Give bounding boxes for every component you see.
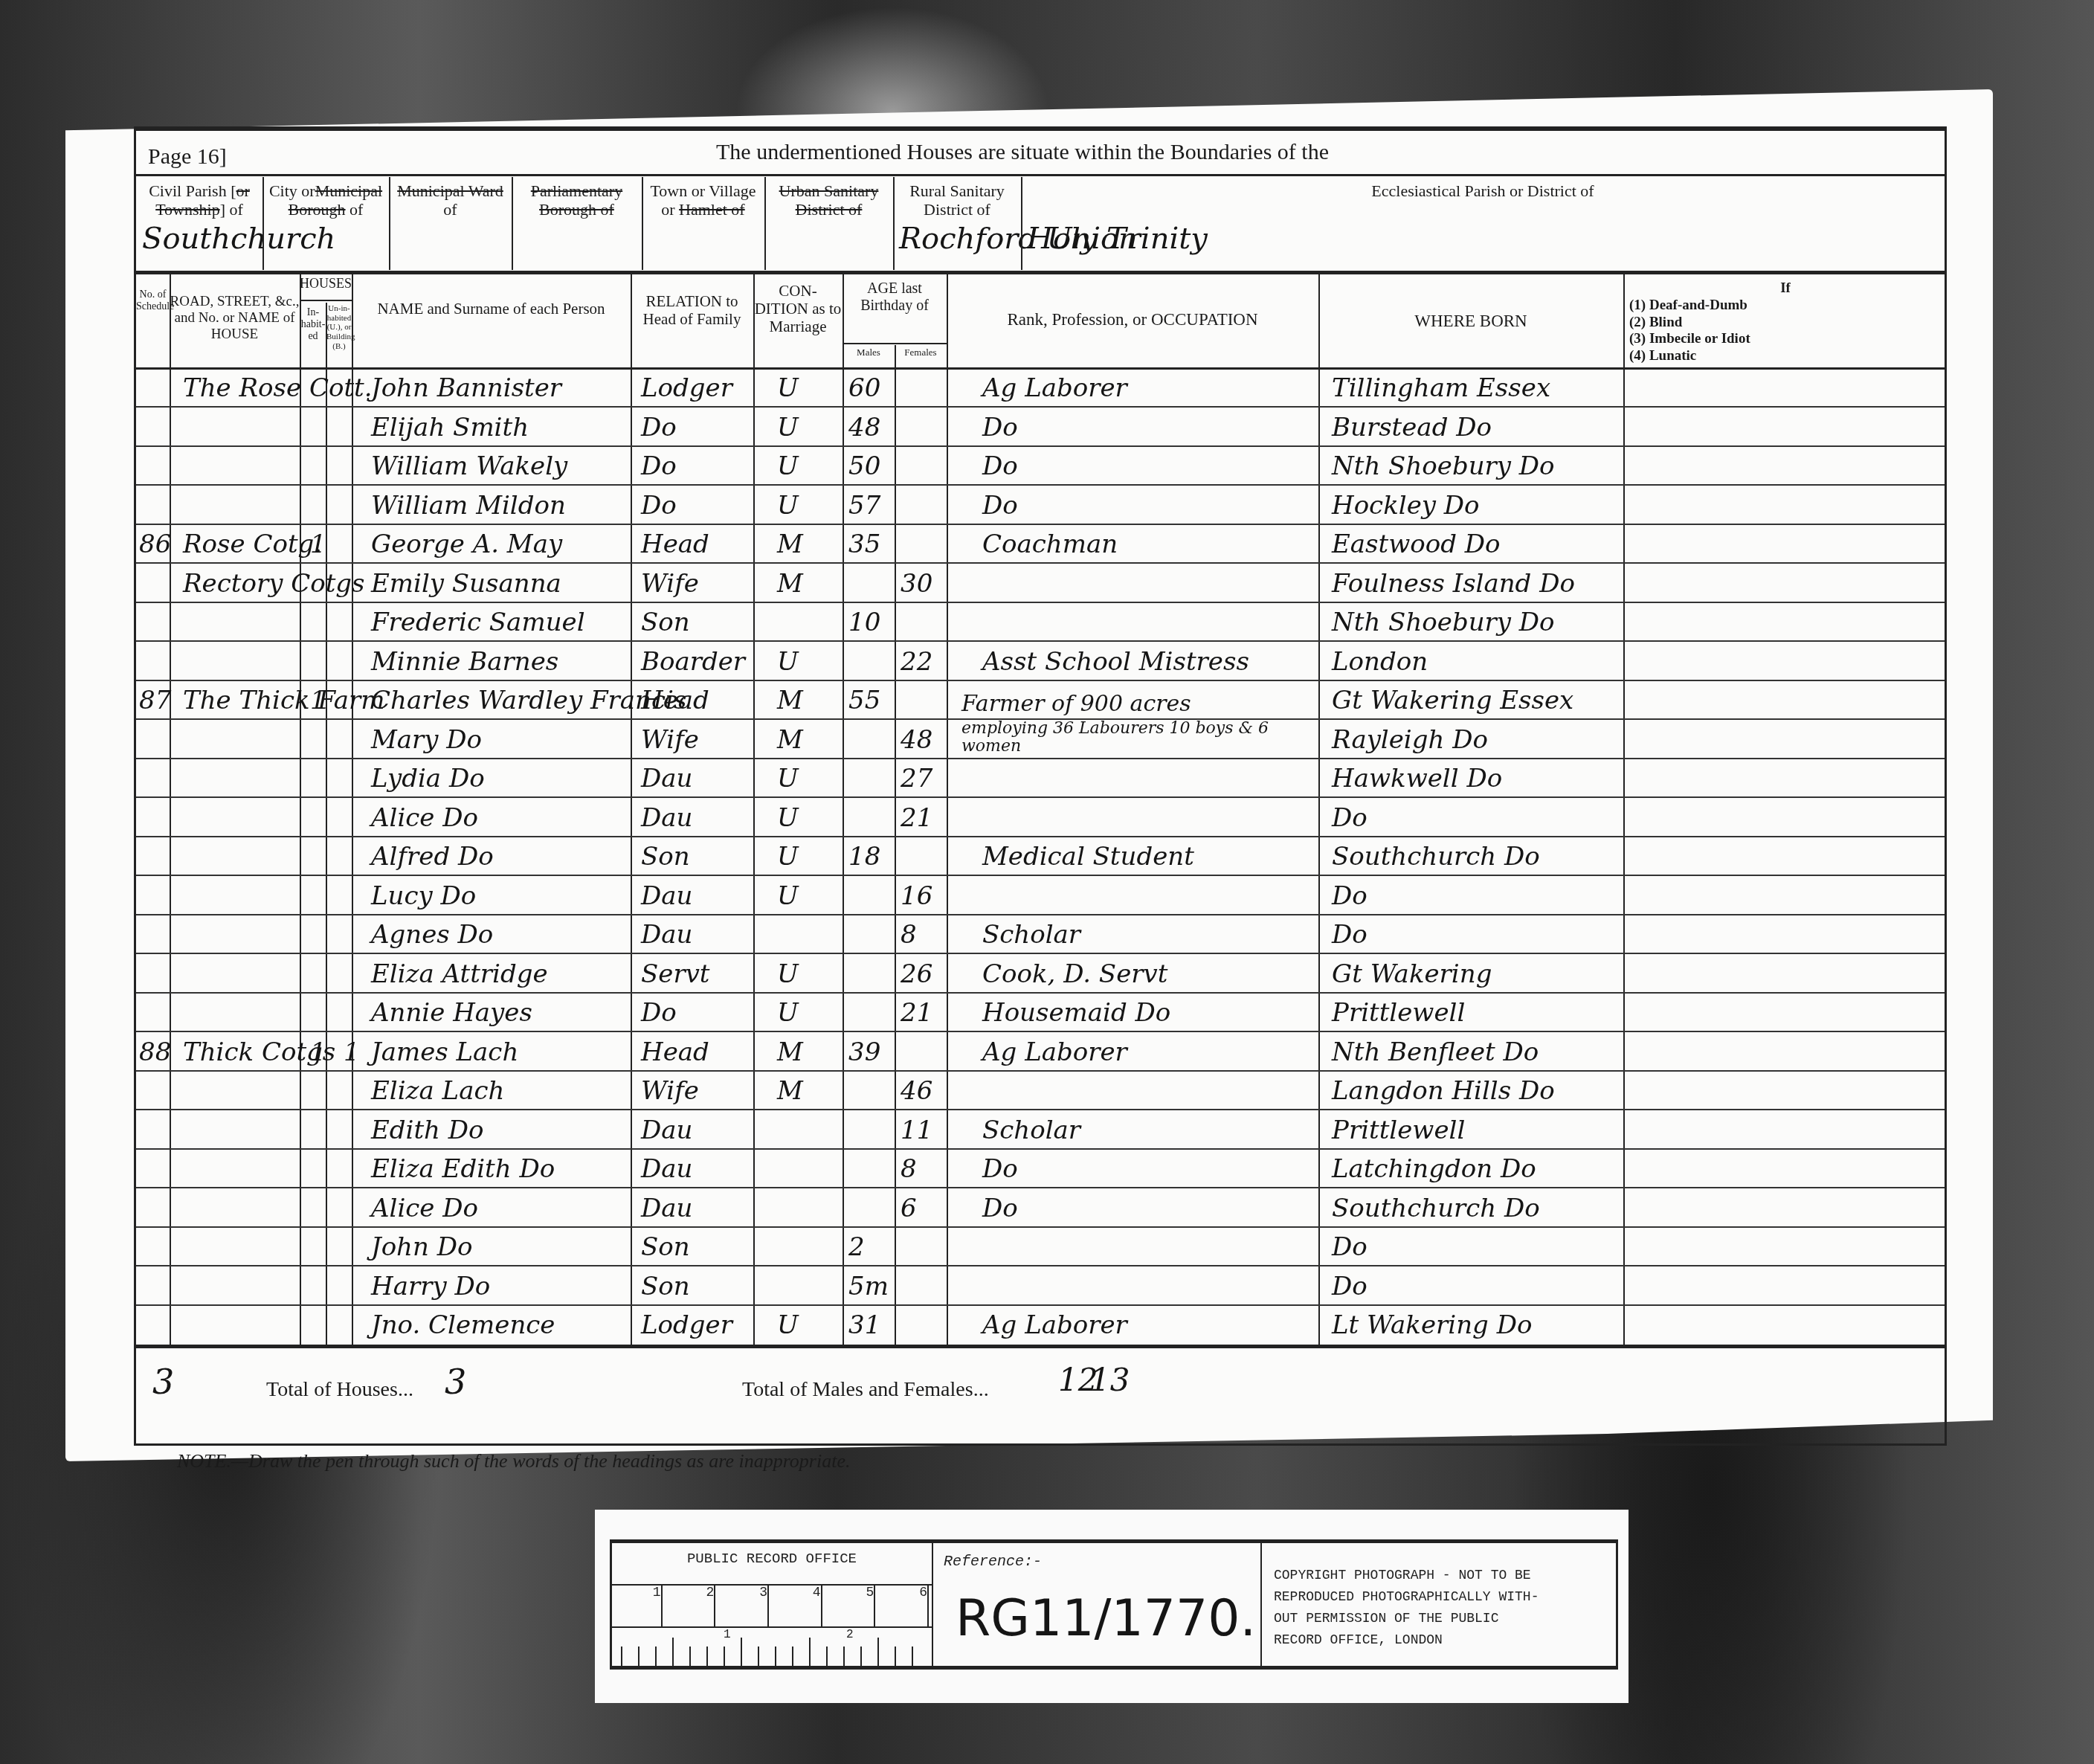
cell-condition: M bbox=[777, 529, 803, 559]
table-row: Annie HayesDoU21Housemaid DoPrittlewell bbox=[136, 994, 1945, 1032]
place-field: Town or Village or Hamlet of bbox=[642, 177, 764, 270]
page-label: Page 16] bbox=[148, 144, 227, 170]
cell-relation: Son bbox=[641, 1232, 690, 1262]
cell-where-born: Prittlewell bbox=[1332, 1116, 1465, 1145]
census-form: Page 16] The undermentioned Houses are s… bbox=[134, 126, 1947, 1446]
cell-relation: Dau bbox=[641, 803, 692, 833]
copyright-line: RECORD OFFICE, LONDON bbox=[1274, 1630, 1601, 1652]
header-uninhabited: Un-in-habited (U.), or Building (B.) bbox=[326, 304, 352, 351]
divider bbox=[512, 177, 513, 270]
ruler-tick bbox=[724, 1646, 725, 1666]
cell-males: 18 bbox=[848, 842, 880, 872]
ruler-number: 2 bbox=[666, 1586, 716, 1626]
ruler-tick bbox=[895, 1646, 896, 1666]
cell-name: Harry Do bbox=[371, 1272, 490, 1301]
label-part: Parliamentary Borough of bbox=[531, 181, 622, 219]
cell-road: The Rose Cott. bbox=[183, 373, 373, 403]
cell-where-born: Nth Benfleet Do bbox=[1332, 1037, 1539, 1067]
cell-occupation: Scholar bbox=[982, 920, 1080, 950]
place-label: Urban Sanitary District of bbox=[767, 181, 890, 219]
cell-relation: Lodger bbox=[641, 373, 732, 403]
table-row: Eliza LachWifeM46Langdon Hills Do bbox=[136, 1072, 1945, 1110]
cell-condition: U bbox=[777, 959, 799, 989]
table-row: 88Thick Cotgs 11James LachHeadM39Ag Labo… bbox=[136, 1032, 1945, 1071]
cell-relation: Do bbox=[641, 491, 677, 521]
cell-schedule: 86 bbox=[139, 529, 171, 559]
table-row: William MildonDoU57DoHockley Do bbox=[136, 486, 1945, 524]
cell-occupation: Asst School Mistress bbox=[982, 647, 1249, 677]
ruler-tick bbox=[689, 1646, 691, 1666]
ruler-number: 4 bbox=[772, 1586, 822, 1626]
cell-where-born: Lt Wakering Do bbox=[1332, 1310, 1532, 1340]
label-part: Ecclesiastical Parish or District of bbox=[1371, 181, 1594, 200]
table-row: Lydia DoDauU27Hawkwell Do bbox=[136, 759, 1945, 798]
cell-inhabited: 1 bbox=[310, 686, 326, 715]
header-relation: RELATION to Head of Family bbox=[631, 292, 753, 328]
cell-name: Alice Do bbox=[371, 803, 478, 833]
cell-name: Mary Do bbox=[371, 725, 482, 755]
cell-males: 39 bbox=[848, 1037, 880, 1067]
cell-name: Minnie Barnes bbox=[371, 647, 558, 677]
cell-name: Annie Hayes bbox=[371, 998, 532, 1028]
cell-where-born: Eastwood Do bbox=[1332, 529, 1501, 559]
cell-name: Edith Do bbox=[371, 1116, 484, 1145]
header-males: Males bbox=[843, 347, 895, 358]
cell-condition: M bbox=[777, 725, 803, 755]
cell-males: 5m bbox=[848, 1272, 889, 1301]
table-row: 87The Thick Farm1Charles Wardley Francis… bbox=[136, 681, 1945, 720]
cell-relation: Dau bbox=[641, 1194, 692, 1223]
ruler-tick bbox=[655, 1646, 657, 1666]
infirmity-line: (3) Imbecile or Idiot bbox=[1629, 331, 1942, 348]
cell-males: 57 bbox=[848, 491, 880, 521]
total-schedules: 3 bbox=[152, 1362, 174, 1402]
cell-occupation: Do bbox=[982, 491, 1018, 521]
footnote: NOTE.—Draw the pen through such of the w… bbox=[177, 1450, 850, 1472]
cell-where-born: Tillingham Essex bbox=[1332, 373, 1550, 403]
table-row: John DoSon2Do bbox=[136, 1228, 1945, 1266]
copyright-line: REPRODUCED PHOTOGRAPHICALLY WITH- bbox=[1274, 1587, 1601, 1609]
cell-condition: U bbox=[777, 413, 799, 442]
cell-where-born: Rayleigh Do bbox=[1332, 725, 1488, 755]
cell-where-born: Do bbox=[1332, 1272, 1367, 1301]
cell-occupation: Do bbox=[982, 413, 1018, 442]
table-row: Lucy DoDauU16Do bbox=[136, 876, 1945, 915]
ruler-tick bbox=[621, 1646, 622, 1666]
cell-relation: Do bbox=[641, 451, 677, 481]
cell-where-born: Burstead Do bbox=[1332, 413, 1492, 442]
cell-name: Agnes Do bbox=[371, 920, 493, 950]
cell-name: John Do bbox=[371, 1232, 472, 1262]
cell-relation: Head bbox=[641, 1037, 709, 1067]
cell-name: Alfred Do bbox=[371, 842, 494, 872]
label-part: ] of bbox=[220, 200, 243, 219]
table-row: Eliza AttridgeServtU26Cook, D. ServtGt W… bbox=[136, 954, 1945, 993]
cell-occupation: Scholar bbox=[982, 1116, 1080, 1145]
cell-females: 26 bbox=[901, 959, 932, 989]
place-label: Rural Sanitary District of bbox=[896, 181, 1018, 219]
divider bbox=[764, 177, 766, 270]
cell-relation: Son bbox=[641, 1272, 690, 1301]
ruler-number: 1 bbox=[612, 1586, 663, 1626]
infirmity-line: (2) Blind bbox=[1629, 315, 1942, 332]
cell-occupation: Ag Laborer bbox=[982, 1310, 1127, 1340]
header-age: AGE last Birthday of bbox=[843, 280, 947, 315]
cell-inhabited: 1 bbox=[310, 1037, 326, 1067]
header-infirmity: If(1) Deaf-and-Dumb(2) Blind(3) Imbecile… bbox=[1629, 280, 1942, 365]
cell-females: 30 bbox=[901, 569, 932, 599]
ruler-small-number: 1 bbox=[724, 1628, 731, 1641]
cell-males: 31 bbox=[848, 1310, 880, 1340]
label-part: of bbox=[443, 200, 457, 219]
divider bbox=[262, 177, 264, 270]
cell-condition: U bbox=[777, 1310, 799, 1340]
page-heading: The undermentioned Houses are situate wi… bbox=[716, 140, 1329, 165]
cell-condition: U bbox=[777, 803, 799, 833]
infirmity-line: (4) Lunatic bbox=[1629, 348, 1942, 365]
divider bbox=[893, 177, 895, 270]
cell-condition: U bbox=[777, 373, 799, 403]
cell-name: Charles Wardley Francis bbox=[371, 686, 686, 715]
cell-females: 21 bbox=[901, 803, 932, 833]
cell-condition: U bbox=[777, 647, 799, 677]
label-part: Rural Sanitary District of bbox=[909, 181, 1005, 219]
cell-name: William Wakely bbox=[371, 451, 567, 481]
cell-where-born: Foulness Island Do bbox=[1332, 569, 1575, 599]
cell-condition: U bbox=[777, 998, 799, 1028]
cell-name: Eliza Edith Do bbox=[371, 1154, 555, 1184]
divider bbox=[300, 300, 352, 301]
label-part: of bbox=[346, 200, 364, 219]
cell-females: 46 bbox=[901, 1076, 932, 1106]
cell-occupation: Do bbox=[982, 451, 1018, 481]
cell-females: 8 bbox=[901, 920, 917, 950]
table-row: Alice DoDauU21Do bbox=[136, 798, 1945, 837]
divider bbox=[642, 177, 643, 270]
cell-males: 10 bbox=[848, 608, 880, 637]
place-field: City orMunicipal Borough of bbox=[262, 177, 389, 270]
cell-relation: Wife bbox=[641, 1076, 699, 1106]
cell-condition: M bbox=[777, 686, 803, 715]
cell-relation: Wife bbox=[641, 725, 699, 755]
total-houses: 3 bbox=[445, 1362, 466, 1402]
ruler-tick bbox=[912, 1646, 913, 1666]
place-label: Municipal Ward of bbox=[392, 181, 509, 219]
cell-relation: Wife bbox=[641, 569, 699, 599]
label-part: Civil Parish [ bbox=[149, 181, 236, 200]
cell-occupation: Do bbox=[982, 1154, 1018, 1184]
divider bbox=[1021, 177, 1022, 270]
ruler-number: 6 bbox=[878, 1586, 929, 1626]
cell-road: Rose Cotg. bbox=[183, 529, 322, 559]
cell-condition: U bbox=[777, 842, 799, 872]
table-row: Eliza Edith DoDau8DoLatchingdon Do bbox=[136, 1150, 1945, 1188]
cell-where-born: London bbox=[1332, 647, 1428, 677]
cell-where-born: Latchingdon Do bbox=[1332, 1154, 1536, 1184]
table-row: Rectory CotgsEmily SusannaWifeM30Foulnes… bbox=[136, 564, 1945, 602]
cell-occupation: Coachman bbox=[982, 529, 1118, 559]
cell-name: Frederic Samuel bbox=[371, 608, 585, 637]
table-row: Mary DoWifeM48Rayleigh Do bbox=[136, 720, 1945, 759]
cell-condition: M bbox=[777, 1076, 803, 1106]
table-row: Harry DoSon5mDo bbox=[136, 1266, 1945, 1305]
label-part: Urban Sanitary District of bbox=[779, 181, 879, 219]
table-row: Frederic SamuelSon10Nth Shoebury Do bbox=[136, 603, 1945, 642]
cell-name: George A. May bbox=[371, 529, 562, 559]
cell-where-born: Gt Wakering bbox=[1332, 959, 1492, 989]
table-row: The Rose Cott.John BannisterLodgerU60Ag … bbox=[136, 369, 1945, 408]
cell-road: The Thick Farm bbox=[183, 686, 384, 715]
header-where-born: WHERE BORN bbox=[1318, 312, 1623, 331]
reference-label: Reference:- bbox=[944, 1554, 1042, 1571]
cell-relation: Boarder bbox=[641, 647, 745, 677]
cell-where-born: Do bbox=[1332, 803, 1367, 833]
place-field: Municipal Ward of bbox=[389, 177, 512, 270]
place-label: Town or Village or Hamlet of bbox=[645, 181, 761, 219]
cell-occupation: Do bbox=[982, 1194, 1018, 1223]
ruler-tick bbox=[860, 1646, 862, 1666]
copyright-line: OUT PERMISSION OF THE PUBLIC bbox=[1274, 1609, 1601, 1630]
cell-condition: M bbox=[777, 1037, 803, 1067]
cell-name: Elijah Smith bbox=[371, 413, 529, 442]
place-field: Civil Parish [or Township] ofSouthchurch bbox=[136, 177, 262, 270]
place-label: City orMunicipal Borough of bbox=[265, 181, 386, 219]
cell-relation: Lodger bbox=[641, 1310, 732, 1340]
cell-condition: U bbox=[777, 881, 799, 911]
cell-condition: M bbox=[777, 569, 803, 599]
cell-where-born: Langdon Hills Do bbox=[1332, 1076, 1555, 1106]
cell-occupation: Farmer of 900 acres bbox=[961, 691, 1191, 717]
table-row: Minnie BarnesBoarderU22Asst School Mistr… bbox=[136, 642, 1945, 680]
cell-females: 21 bbox=[901, 998, 932, 1028]
infirmity-line: (1) Deaf-and-Dumb bbox=[1629, 297, 1942, 315]
ruler-tick bbox=[843, 1646, 845, 1666]
ruler-tick bbox=[672, 1638, 674, 1666]
cell-occupation: Ag Laborer bbox=[982, 1037, 1127, 1067]
cell-females: 16 bbox=[901, 881, 932, 911]
ruler-number: 5 bbox=[825, 1586, 876, 1626]
header-name: NAME and Surname of each Person bbox=[352, 300, 631, 318]
cell-name: Eliza Attridge bbox=[371, 959, 548, 989]
office-name: PUBLIC RECORD OFFICE bbox=[612, 1551, 932, 1567]
cell-occupation: Cook, D. Servt bbox=[982, 959, 1167, 989]
cell-relation: Son bbox=[641, 608, 690, 637]
cell-males: 50 bbox=[848, 451, 880, 481]
cell-where-born: Prittlewell bbox=[1332, 998, 1465, 1028]
cell-relation: Dau bbox=[641, 920, 692, 950]
cell-relation: Do bbox=[641, 998, 677, 1028]
cell-occupation: Medical Student bbox=[982, 842, 1194, 872]
cell-condition: U bbox=[777, 491, 799, 521]
table-row: Jno. ClemenceLodgerU31Ag LaborerLt Waker… bbox=[136, 1306, 1945, 1345]
ruler-small-number: 2 bbox=[846, 1628, 854, 1641]
cell-condition: U bbox=[777, 764, 799, 794]
cell-females: 22 bbox=[901, 647, 932, 677]
cell-road: Rectory Cotgs bbox=[183, 569, 365, 599]
place-field: Urban Sanitary District of bbox=[764, 177, 893, 270]
reference-number: RG11/1770. bbox=[956, 1589, 1256, 1648]
cell-where-born: Do bbox=[1332, 1232, 1367, 1262]
cell-relation: Do bbox=[641, 413, 677, 442]
cell-schedule: 87 bbox=[139, 686, 171, 715]
cell-where-born: Gt Wakering Essex bbox=[1332, 686, 1573, 715]
total-females: 13 bbox=[1090, 1362, 1130, 1398]
ruler-tick bbox=[792, 1646, 793, 1666]
copyright-notice: COPYRIGHT PHOTOGRAPH - NOT TO BEREPRODUC… bbox=[1274, 1565, 1601, 1652]
ruler-number: 3 bbox=[718, 1586, 769, 1626]
cell-where-born: Nth Shoebury Do bbox=[1332, 451, 1555, 481]
cell-name: James Lach bbox=[371, 1037, 518, 1067]
ruler-tick bbox=[826, 1646, 828, 1666]
place-field: Rural Sanitary District ofRochford Union bbox=[893, 177, 1021, 270]
cell-occupation: Housemaid Do bbox=[982, 998, 1170, 1028]
cell-where-born: Southchurch Do bbox=[1332, 1194, 1540, 1223]
cell-name: Jno. Clemence bbox=[371, 1310, 555, 1340]
cell-name: Lydia Do bbox=[371, 764, 485, 794]
table-row: William WakelyDoU50DoNth Shoebury Do bbox=[136, 447, 1945, 486]
ruler-tick bbox=[809, 1638, 811, 1666]
cell-schedule: 88 bbox=[139, 1037, 171, 1067]
place-value: Holy Trinity bbox=[1027, 222, 1208, 256]
cell-males: 48 bbox=[848, 413, 880, 442]
cell-relation: Servt bbox=[641, 959, 710, 989]
cell-name: William Mildon bbox=[371, 491, 566, 521]
cell-relation: Dau bbox=[641, 881, 692, 911]
cell-where-born: Hockley Do bbox=[1332, 491, 1480, 521]
cell-where-born: Hawkwell Do bbox=[1332, 764, 1502, 794]
place-label: Civil Parish [or Township] of bbox=[139, 181, 260, 219]
ruler-tick bbox=[758, 1646, 759, 1666]
header-road: ROAD, STREET, &c., and No. or NAME of HO… bbox=[170, 294, 300, 343]
table-row: Agnes DoDau8ScholarDo bbox=[136, 915, 1945, 954]
record-office-stamp: PUBLIC RECORD OFFICE 123456 12 Reference… bbox=[595, 1510, 1629, 1703]
cell-females: 48 bbox=[901, 725, 932, 755]
header-schedule: No. of Schedule bbox=[136, 289, 170, 313]
total-persons-label: Total of Males and Females... bbox=[742, 1378, 989, 1402]
census-rows: The Rose Cott.John BannisterLodgerU60Ag … bbox=[136, 369, 1945, 1347]
cell-males: 60 bbox=[848, 373, 880, 403]
cell-relation: Head bbox=[641, 529, 709, 559]
header-occupation: Rank, Profession, or OCCUPATION bbox=[947, 310, 1318, 329]
ruler-tick bbox=[706, 1646, 708, 1666]
divider bbox=[389, 177, 390, 270]
copyright-line: COPYRIGHT PHOTOGRAPH - NOT TO BE bbox=[1274, 1565, 1601, 1587]
cell-condition: U bbox=[777, 451, 799, 481]
table-row: Alfred DoSonU18Medical StudentSouthchurc… bbox=[136, 837, 1945, 876]
totals-row: 3 Total of Houses... 3 Total of Males an… bbox=[136, 1348, 1945, 1441]
divider bbox=[1623, 274, 1625, 367]
divider bbox=[352, 274, 353, 367]
cell-females: 6 bbox=[901, 1194, 917, 1223]
label-part: City or bbox=[269, 181, 315, 200]
cell-where-born: Southchurch Do bbox=[1332, 842, 1540, 872]
divider bbox=[136, 174, 1945, 176]
place-label: Ecclesiastical Parish or District of bbox=[1024, 181, 1942, 200]
label-part: Town bbox=[650, 181, 687, 200]
total-houses-label: Total of Houses... bbox=[266, 1378, 413, 1402]
ruler-tick bbox=[741, 1638, 742, 1666]
cell-relation: Dau bbox=[641, 764, 692, 794]
table-row: Edith DoDau11ScholarPrittlewell bbox=[136, 1110, 1945, 1149]
ruler-tick bbox=[877, 1638, 879, 1666]
column-header: No. of ScheduleROAD, STREET, &c., and No… bbox=[136, 274, 1945, 367]
cell-females: 11 bbox=[901, 1116, 932, 1145]
ruler-tick bbox=[775, 1646, 776, 1666]
cell-relation: Dau bbox=[641, 1154, 692, 1184]
cell-relation: Head bbox=[641, 686, 709, 715]
cell-occupation: Ag Laborer bbox=[982, 373, 1127, 403]
table-row: Elijah SmithDoU48DoBurstead Do bbox=[136, 408, 1945, 446]
cell-name: Lucy Do bbox=[371, 881, 476, 911]
cell-males: 55 bbox=[848, 686, 880, 715]
divider bbox=[843, 343, 947, 344]
cell-males: 35 bbox=[848, 529, 880, 559]
cell-name: Alice Do bbox=[371, 1194, 478, 1223]
cell-name: John Bannister bbox=[371, 373, 561, 403]
cell-males: 2 bbox=[848, 1232, 865, 1262]
cell-where-born: Do bbox=[1332, 881, 1367, 911]
place-field: Ecclesiastical Parish or District ofHoly… bbox=[1021, 177, 1945, 270]
header-inhabited: In-habit-ed bbox=[300, 307, 326, 343]
places-row: Civil Parish [or Township] ofSouthchurch… bbox=[136, 177, 1945, 270]
ruler-tick bbox=[638, 1646, 640, 1666]
label-part: Municipal Ward bbox=[397, 181, 503, 200]
header-females: Females bbox=[895, 347, 947, 358]
place-label: Parliamentary Borough of bbox=[515, 181, 639, 219]
header-condition: CON-DITION as to Marriage bbox=[753, 282, 843, 335]
cell-where-born: Do bbox=[1332, 920, 1367, 950]
cell-where-born: Nth Shoebury Do bbox=[1332, 608, 1555, 637]
label-part: Hamlet of bbox=[679, 200, 745, 219]
cell-name: Eliza Lach bbox=[371, 1076, 504, 1106]
infirmity-line: If bbox=[1629, 280, 1942, 297]
cell-road: Thick Cotgs 1 bbox=[183, 1037, 360, 1067]
cell-relation: Son bbox=[641, 842, 690, 872]
cell-females: 8 bbox=[901, 1154, 917, 1184]
cell-name: Emily Susanna bbox=[371, 569, 561, 599]
cell-females: 27 bbox=[901, 764, 932, 794]
cell-relation: Dau bbox=[641, 1116, 692, 1145]
table-row: 86Rose Cotg.1George A. MayHeadM35Coachma… bbox=[136, 525, 1945, 564]
cell-inhabited: 1 bbox=[310, 529, 326, 559]
header-houses: HOUSES bbox=[300, 276, 352, 292]
place-field: Parliamentary Borough of bbox=[512, 177, 642, 270]
table-row: Alice DoDau6DoSouthchurch Do bbox=[136, 1188, 1945, 1227]
